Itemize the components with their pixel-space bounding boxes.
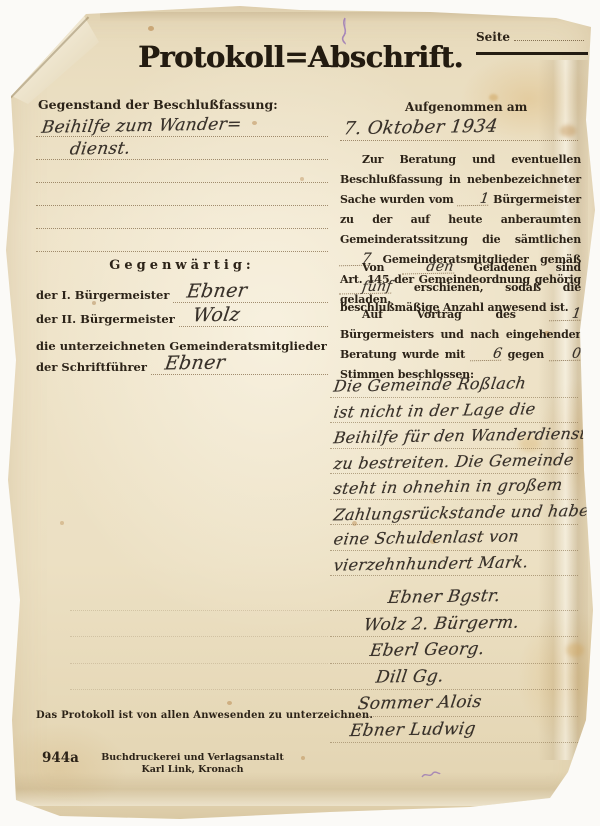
seite-blank-line — [514, 40, 584, 41]
ruled-line — [70, 664, 328, 691]
handwritten-date: 7. Oktober 1934 — [342, 113, 500, 144]
foxing-stain — [301, 756, 305, 760]
scan-background: Seite Protokoll=Abschrift. Gegenstand de… — [0, 0, 600, 826]
ruled-line — [70, 584, 328, 611]
ruled-line: dienst. — [36, 137, 328, 160]
recorded-label: Aufgenommen am — [405, 100, 527, 114]
present-row-mayor2: der II. Bürgermeister Wolz — [36, 306, 328, 330]
row-label: der Schriftführer — [36, 360, 147, 374]
document-paper: Seite Protokoll=Abschrift. Gegenstand de… — [0, 0, 600, 826]
printer-line1: Buchdruckerei und Verlagsanstalt — [95, 752, 290, 764]
row-label: die unterzeichneten Gemeinderatsmitglied… — [36, 339, 327, 353]
paragraph-text: Geladenen sind — [474, 261, 581, 274]
faint-ruled-lines — [70, 584, 328, 690]
resolution-line: vierzehnhundert Mark. — [332, 549, 530, 578]
subject-label: Gegenstand der Beschlußfassung: — [38, 97, 278, 112]
resolution-line: eine Schuldenlast von — [332, 523, 521, 552]
handwritten-blank: fünf — [339, 281, 393, 295]
paper-crease — [12, 772, 572, 806]
fill-in-line: Ebner — [151, 354, 328, 375]
subject-handwriting-line2: dienst. — [68, 136, 132, 161]
signature-line: Eberl Georg. — [330, 637, 578, 664]
form-number: 944a — [42, 750, 79, 766]
footer-note: Das Protokoll ist von allen Anwesenden z… — [36, 710, 373, 721]
subject-handwriting-line1: Beihilfe zum Wander= — [40, 112, 243, 139]
seite-label: Seite — [476, 30, 510, 44]
row-label: der I. Bürgermeister — [36, 288, 169, 302]
folded-corner — [6, 8, 104, 106]
ruled-line: zu bestreiten. Die Gemeinde — [330, 449, 578, 475]
signature: Dill Gg. — [374, 663, 446, 691]
ruled-line: eine Schuldenlast von — [330, 525, 578, 551]
ruled-line: Beihilfe zum Wander= — [36, 114, 328, 137]
ruled-line — [36, 229, 328, 252]
paragraph-text: Von — [362, 261, 384, 274]
signature: Sommer Alois — [356, 689, 484, 718]
handwritten-blank: 0 — [549, 348, 582, 362]
ruled-line: ist nicht in der Lage die — [330, 398, 578, 424]
signature: Eberl Georg. — [368, 636, 486, 665]
handwritten-blank: 1 — [457, 193, 490, 207]
resolution-line: steht in ohnehin in großem — [332, 472, 564, 502]
ruled-line: steht in ohnehin in großem — [330, 474, 578, 500]
paragraph-text: gegen — [508, 348, 544, 361]
form-title: Protokoll=Abschrift. — [128, 40, 473, 74]
pencil-squiggle-bottom — [420, 768, 442, 782]
present-heading: Gegenwärtig: — [36, 258, 328, 273]
fill-in-line: Ebner — [173, 282, 328, 303]
ruled-line — [36, 183, 328, 206]
paper-crease — [100, 12, 570, 22]
page-number-field: Seite — [476, 30, 590, 44]
handwritten-name: Ebner — [186, 279, 249, 302]
foxing-stain — [148, 26, 154, 31]
subject-field: Beihilfe zum Wander= dienst. — [36, 114, 328, 252]
present-row-council: die unterzeichneten Gemeinderatsmitglied… — [36, 330, 328, 354]
signature-line: Wolz 2. Bürgerm. — [330, 611, 578, 638]
handwritten-name: Ebner — [163, 351, 226, 374]
fill-in-line: Wolz — [179, 306, 328, 327]
printer-line2: Karl Link, Kronach — [95, 764, 290, 776]
signature-line: Dill Gg. — [330, 664, 578, 691]
resolution-line: Zahlungsrückstande und haben — [332, 497, 600, 528]
ruled-line — [36, 206, 328, 229]
paragraph-text: Bürgermeisters und nach eingehender Bera… — [340, 328, 581, 361]
paragraph-text: Auf Vortrag des — [362, 308, 516, 321]
resolution-line: ist nicht in der Lage die — [332, 396, 537, 426]
present-rows: der I. Bürgermeister Ebner der II. Bürge… — [36, 282, 328, 378]
foxing-stain — [60, 521, 64, 525]
present-row-clerk: der Schriftführer Ebner — [36, 354, 328, 378]
ruled-line: Zahlungsrückstande und haben — [330, 500, 578, 526]
foxing-stain — [227, 701, 232, 705]
seite-underline — [476, 52, 588, 55]
ruled-line — [70, 611, 328, 638]
handwritten-name: Wolz — [191, 304, 241, 327]
ruled-line — [36, 160, 328, 183]
row-label: der II. Bürgermeister — [36, 312, 175, 326]
present-row-mayor1: der I. Bürgermeister Ebner — [36, 282, 328, 306]
ruled-line: Beihilfe für den Wanderdienst — [330, 423, 578, 449]
ruled-line: Die Gemeinde Roßlach — [330, 372, 578, 398]
resolution-text: Die Gemeinde Roßlach ist nicht in der La… — [330, 372, 578, 576]
resolution-line: Die Gemeinde Roßlach — [332, 370, 528, 399]
signature: Wolz 2. Bürgerm. — [362, 609, 521, 639]
printer-imprint: Buchdruckerei und Verlagsanstalt Karl Li… — [95, 752, 290, 775]
signature: Ebner Bgstr. — [386, 583, 502, 612]
ruled-line: vierzehnhundert Mark. — [330, 551, 578, 577]
date-fill-in-line: 7. Oktober 1934 — [340, 114, 578, 141]
handwritten-blank: 6 — [470, 348, 503, 362]
handwritten-blank: 1 — [549, 308, 582, 322]
ruled-line — [70, 637, 328, 664]
handwritten-blank: den — [402, 261, 456, 275]
signature-line: Ebner Bgstr. — [330, 584, 578, 611]
